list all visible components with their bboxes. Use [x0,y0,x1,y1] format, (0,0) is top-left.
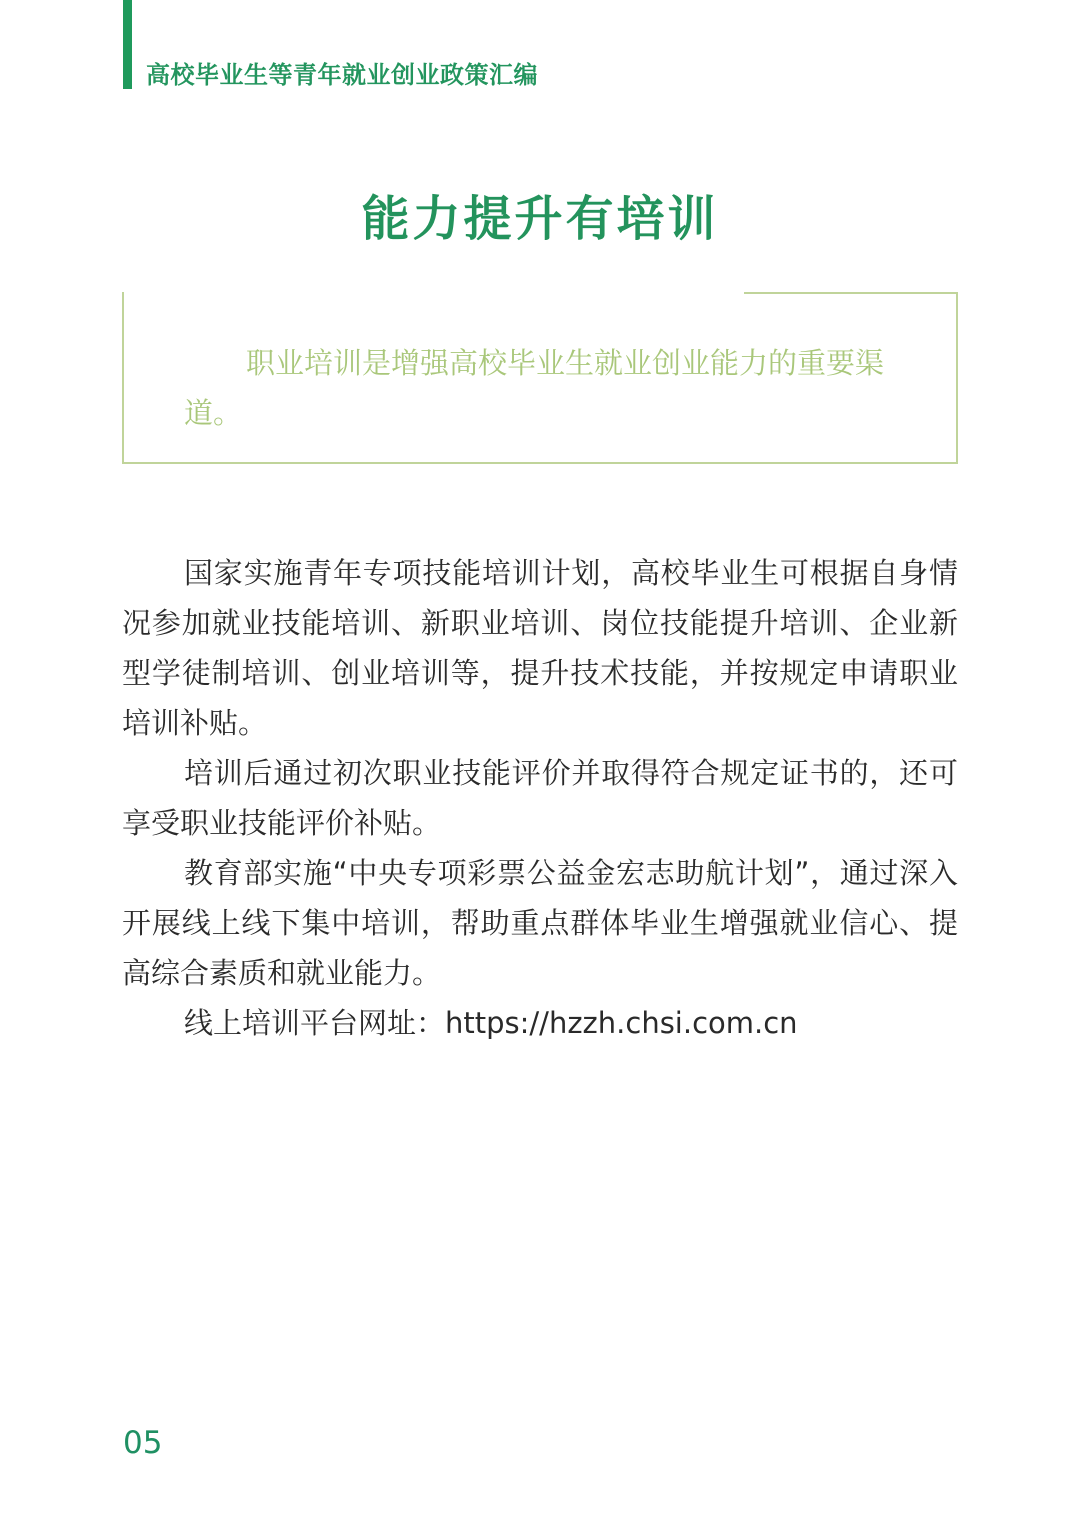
paragraph-skill-evaluation-subsidy: 培训后通过初次职业技能评价并取得符合规定证书的，还可享受职业技能评价补贴。 [122,748,958,848]
paragraph-youth-training-plan: 国家实施青年专项技能培训计划，高校毕业生可根据自身情况参加就业技能培训、新职业培… [122,548,958,748]
body-content: 国家实施青年专项技能培训计划，高校毕业生可根据自身情况参加就业技能培训、新职业培… [122,548,958,1048]
header-accent-bar [123,0,132,89]
intro-text: 职业培训是增强高校毕业生就业创业能力的重要渠道。 [184,338,884,438]
page-title: 能力提升有培训 [0,188,1080,250]
paragraph-hongzhi-plan: 教育部实施“中央专项彩票公益金宏志助航计划”，通过深入开展线上线下集中培训，帮助… [122,848,958,998]
box-border-right [956,292,958,464]
running-header-title: 高校毕业生等青年就业创业政策汇编 [146,58,538,92]
intro-callout-box: 职业培训是增强高校毕业生就业创业能力的重要渠道。 [122,292,958,464]
box-border-bottom [122,462,958,464]
box-border-left [122,292,124,464]
page-number: 05 [123,1424,162,1462]
paragraph-online-platform-url: 线上培训平台网址：https://hzzh.chsi.com.cn [122,998,958,1048]
box-border-top [744,292,958,294]
